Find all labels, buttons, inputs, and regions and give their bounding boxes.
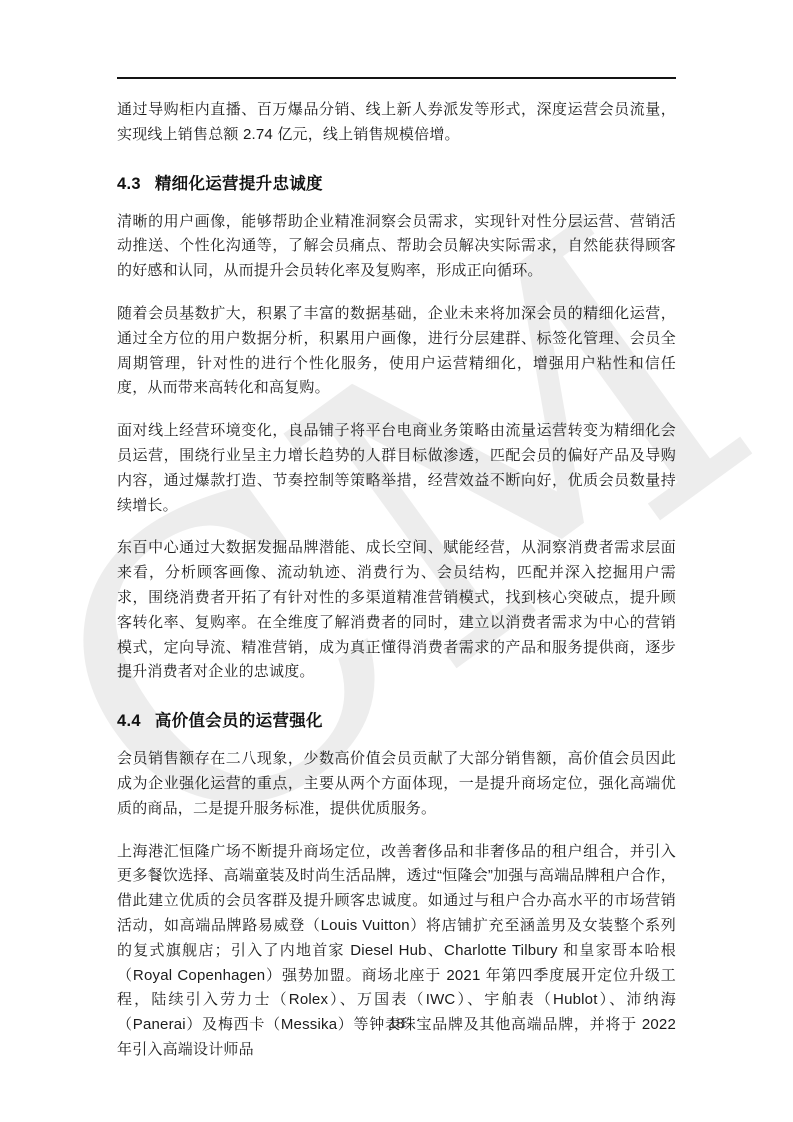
section-title: 高价值会员的运营强化 — [155, 712, 323, 730]
page-number: 18 — [0, 1016, 793, 1031]
paragraph-member-base: 随着会员基数扩大，积累了丰富的数据基础，企业未来将加深会员的精细化运营，通过全方… — [117, 302, 676, 401]
header-rule — [117, 77, 676, 79]
document-page: { "content": { "blocks": [ { "text": "通过… — [0, 0, 793, 1122]
paragraph-high-value-members: 会员销售额存在二八现象，少数高价值会员贡献了大部分销售额，高价值会员因此成为企业… — [117, 747, 676, 821]
page-content: 通过导购柜内直播、百万爆品分销、线上新人券派发等形式，深度运营会员流量，实现线上… — [117, 90, 676, 1081]
paragraph-dongbai-center: 东百中心通过大数据发掘品牌潜能、成长空间、赋能经营，从洞察消费者需求层面来看，分… — [117, 536, 676, 685]
section-number: 4.4 — [117, 712, 141, 731]
paragraph-bestore: 面对线上经营环境变化，良品铺子将平台电商业务策略由流量运营转变为精细化会员运营，… — [117, 419, 676, 518]
section-title: 精细化运营提升忠诚度 — [155, 175, 323, 193]
paragraph-intro: 通过导购柜内直播、百万爆品分销、线上新人券派发等形式，深度运营会员流量，实现线上… — [117, 98, 676, 148]
section-heading-4-3: 4.3精细化运营提升忠诚度 — [117, 170, 676, 194]
paragraph-user-profile: 清晰的用户画像，能够帮助企业精准洞察会员需求，实现针对性分层运营、营销活动推送、… — [117, 210, 676, 284]
section-heading-4-4: 4.4高价值会员的运营强化 — [117, 707, 676, 731]
section-number: 4.3 — [117, 175, 141, 194]
